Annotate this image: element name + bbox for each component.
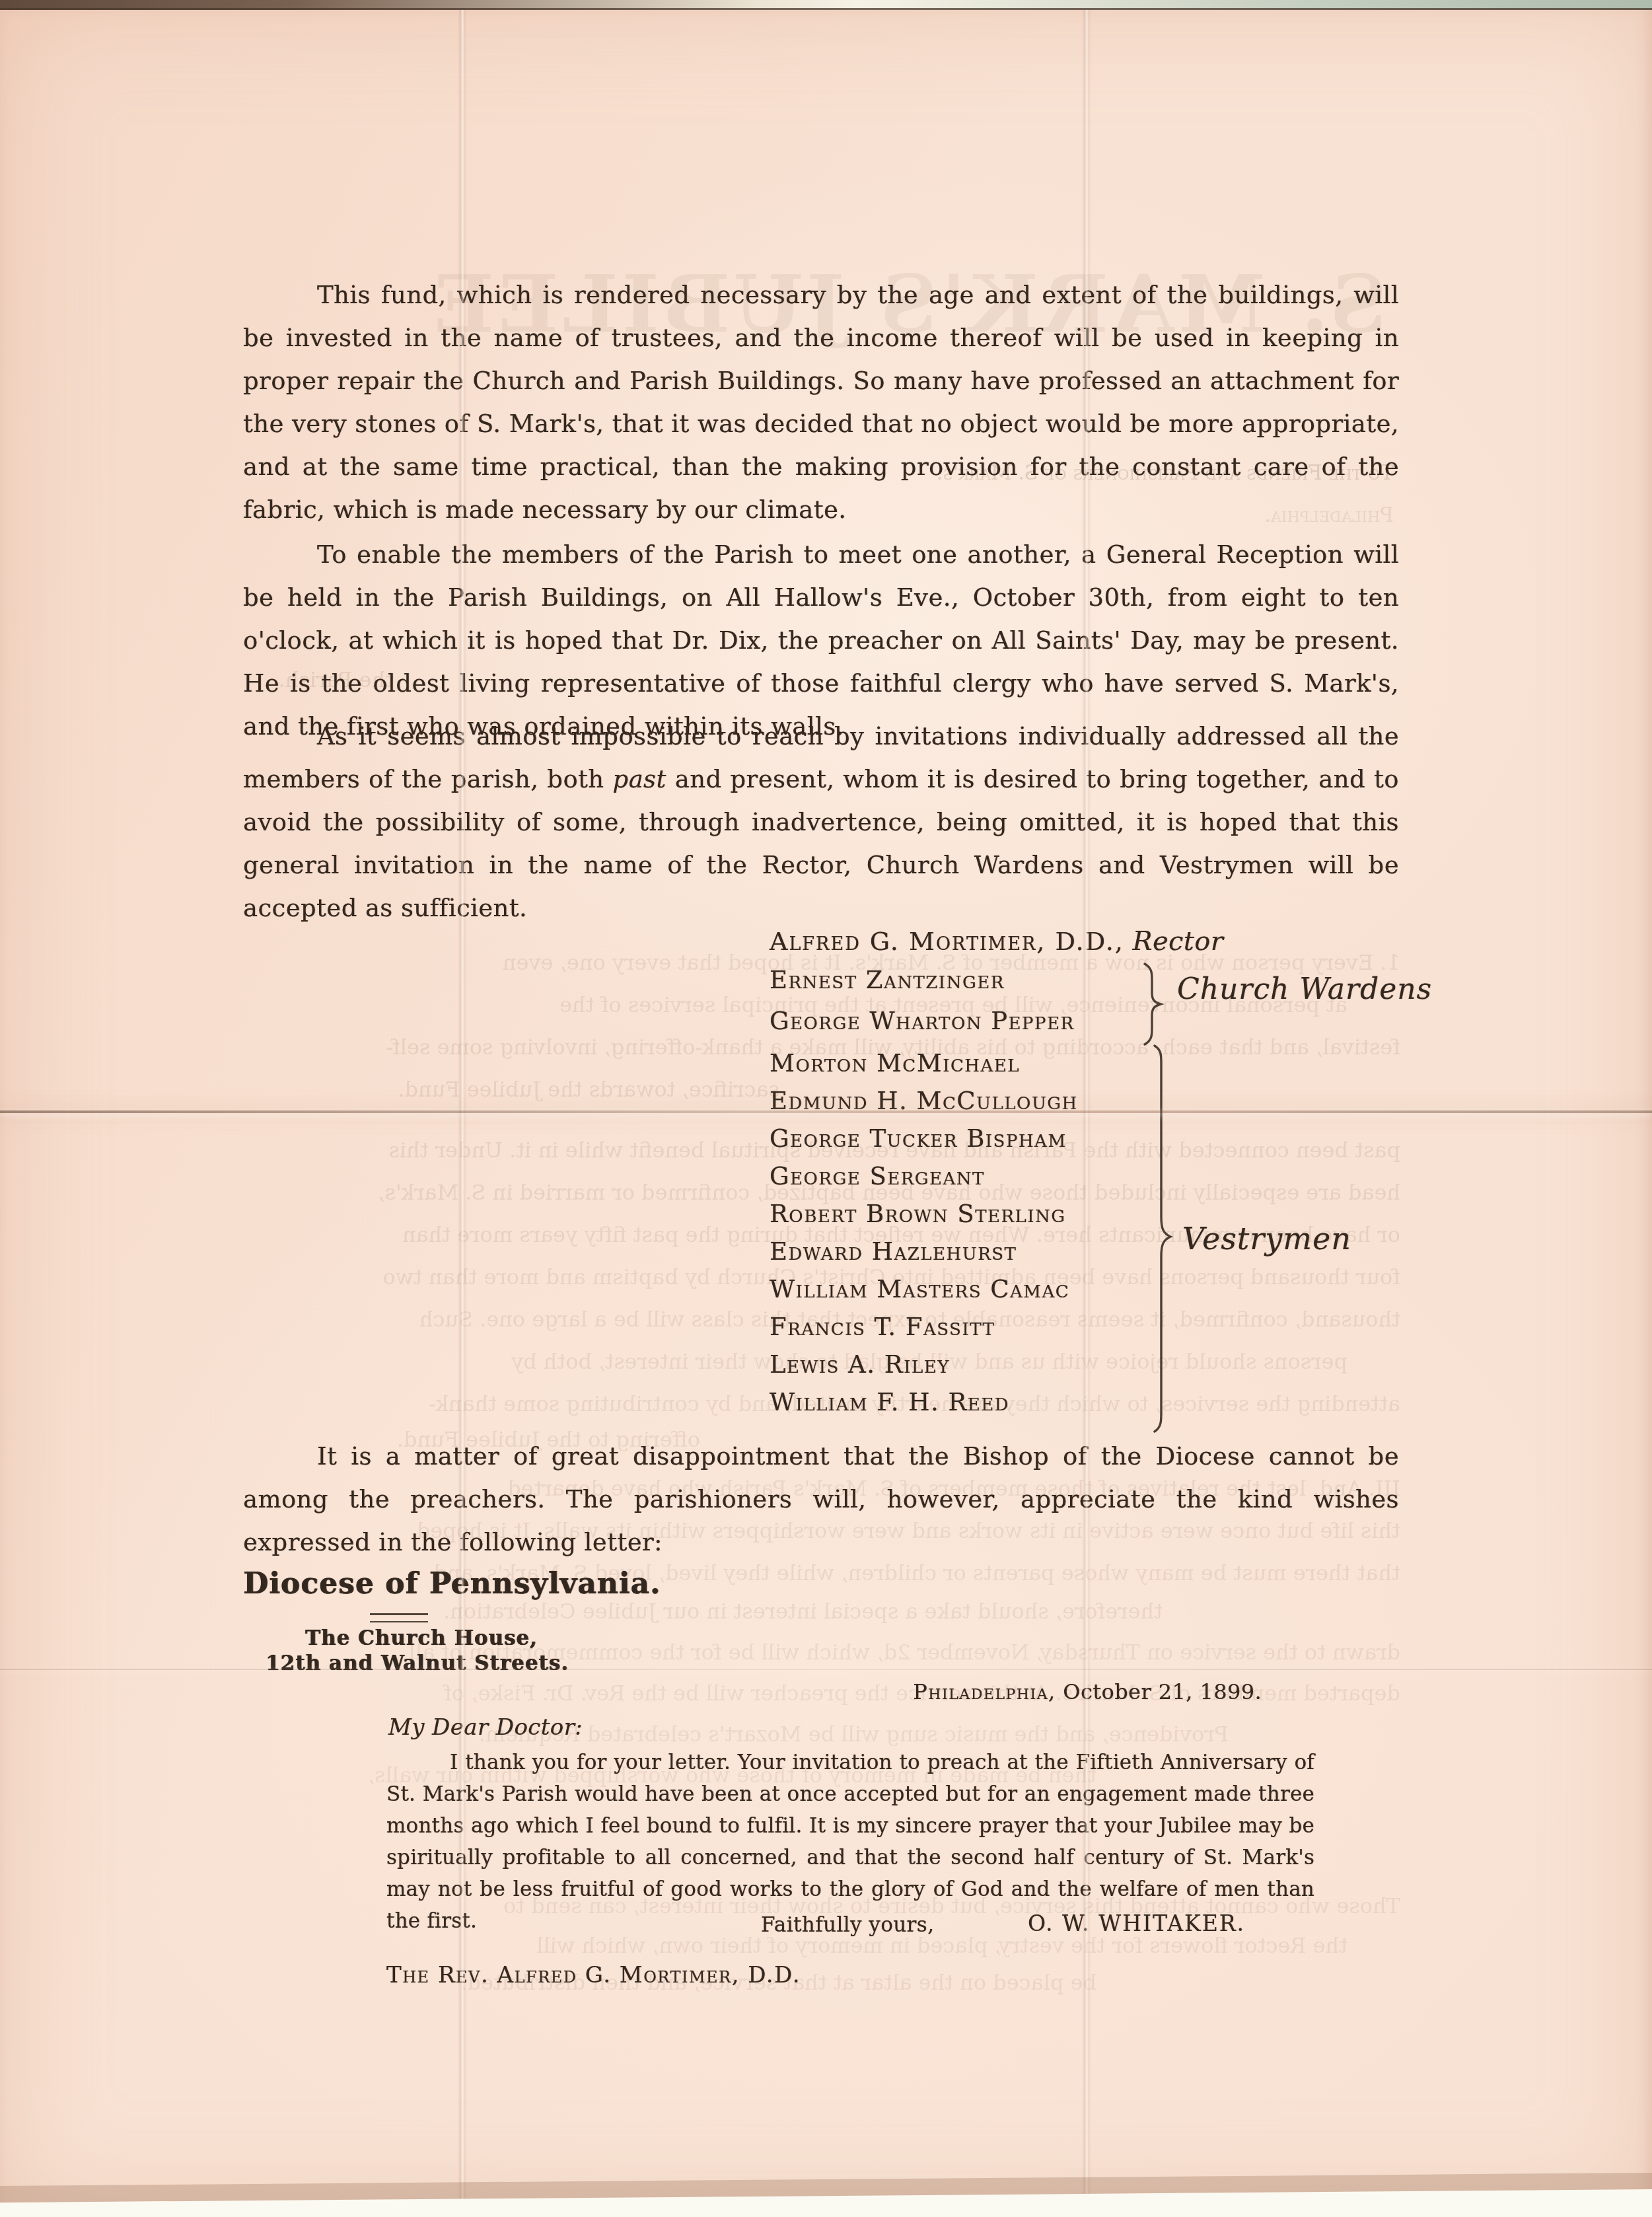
- scanner-top-strip: [0, 0, 1652, 10]
- letterhead-address-line-2: 12th and Walnut Streets.: [266, 1652, 569, 1675]
- rector-title: Rector: [1132, 926, 1223, 957]
- letterhead-rule: [370, 1613, 428, 1622]
- letter-salutation: My Dear Doctor:: [388, 1714, 583, 1741]
- vestryman-name-row: Lewis A. Riley: [770, 1350, 950, 1379]
- vestryman-name-row: George Tucker Bispham: [770, 1124, 1067, 1153]
- warden-name-row: George Wharton Pepper: [770, 1007, 1075, 1035]
- letter-dateline: Philadelphia, October 21, 1899.: [879, 1679, 1262, 1704]
- vestryman-name-row: William Masters Camac: [770, 1275, 1069, 1303]
- letter-closing: Faithfully yours,: [761, 1913, 934, 1937]
- paper-sheet: S. MARK'S JUBILEETo the Friends and Pari…: [0, 7, 1652, 2217]
- vestryman-name-row: Robert Brown Sterling: [770, 1200, 1066, 1228]
- dateline-city: Philadelphia,: [913, 1679, 1056, 1704]
- letterhead-address-line-1: The Church House,: [305, 1626, 538, 1650]
- letter-body-paragraph: I thank you for your letter. Your invita…: [386, 1747, 1314, 1937]
- ghost-bleedthrough-text: sacrifice, towards the Jubilee Fund.: [225, 1077, 779, 1102]
- ghost-bleedthrough-text: therefore, should take a special interes…: [225, 1599, 1163, 1624]
- fold-crease-horizontal-faint: [0, 1669, 1652, 1670]
- body-paragraph-1: This fund, which is rendered necessary b…: [243, 273, 1399, 531]
- vestrymen-brace-icon: [1151, 1044, 1174, 1434]
- scanned-letter-page: S. MARK'S JUBILEETo the Friends and Pari…: [0, 0, 1652, 2217]
- vestryman-name-row: Morton McMichael: [770, 1049, 1020, 1077]
- letter-addressee: The Rev. Alfred G. Mortimer, D.D.: [386, 1962, 801, 1988]
- vestryman-name-row: George Sergeant: [770, 1162, 985, 1190]
- rector-name: Alfred G. Mortimer, D.D.,: [770, 927, 1124, 956]
- diocese-letterhead-title: Diocese of Pennsylvania.: [243, 1567, 661, 1601]
- paragraph-3-italic-word: past: [613, 765, 666, 793]
- wardens-brace-icon: [1141, 961, 1164, 1047]
- ghost-bleedthrough-text: Providence, and the music sung will be M…: [225, 1722, 1229, 1747]
- vestryman-name-row: Francis T. Fassitt: [770, 1313, 995, 1341]
- vestryman-name-row: William F. H. Reed: [770, 1388, 1009, 1416]
- wardens-group-label: Church Wardens: [1177, 972, 1432, 1006]
- body-paragraph-3: As it seems almost impossible to reach b…: [243, 715, 1399, 929]
- body-paragraph-4: It is a matter of great disappointment t…: [243, 1435, 1399, 1564]
- vestrymen-group-label: Vestrymen: [1182, 1221, 1351, 1256]
- vestryman-name-row: Edward Hazlehurst: [770, 1237, 1017, 1266]
- warden-name-row: Ernest Zantzinger: [770, 966, 1005, 994]
- rector-signature-line: Alfred G. Mortimer, D.D., Rector: [770, 926, 1223, 957]
- fold-crease-horizontal-main: [0, 1110, 1652, 1113]
- letter-signer: O. W. WHITAKER.: [1028, 1910, 1245, 1936]
